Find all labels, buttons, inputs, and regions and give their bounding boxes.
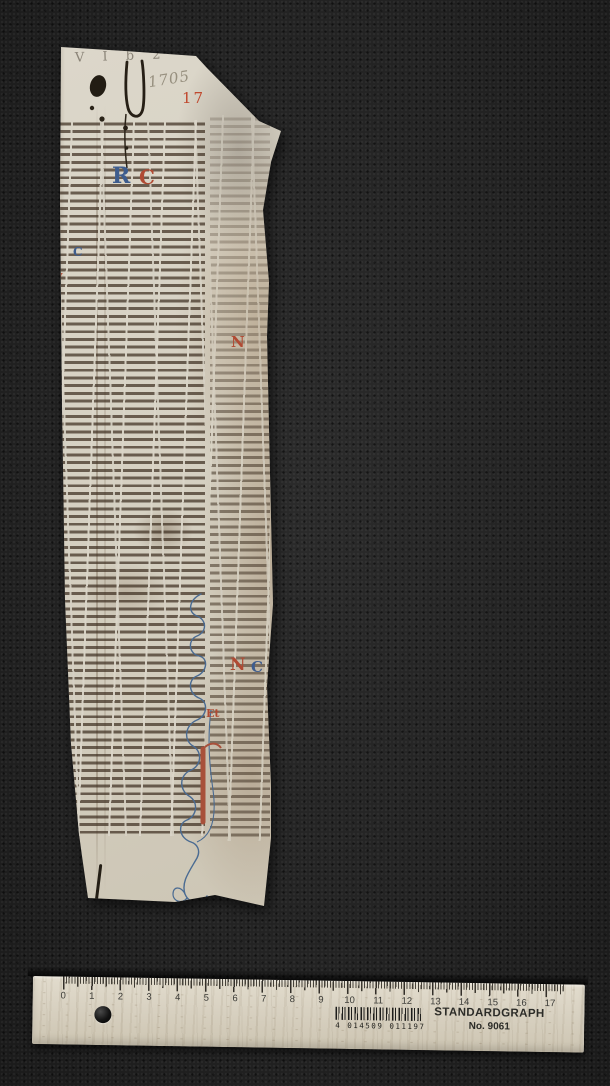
ruler-number: 4 [171,992,184,1003]
ink-mark [85,56,205,226]
ruler-number: 7 [257,994,270,1005]
ruler-number: 1 [85,991,98,1002]
parchment-surface: V I b 2 1705 17 R [55,44,290,914]
ruler-number: 3 [143,992,156,1003]
initial-blue-C-small: C [73,246,83,258]
ruler-number: 6 [228,993,241,1004]
brand-name: STANDARDGRAPH [430,1006,548,1020]
barcode-digits: 4 014509 011197 [335,1021,423,1031]
ruler: 0 1 2 3 4 5 6 7 8 9 10 11 12 13 14 15 16… [32,976,585,1053]
ruler-number: 9 [314,994,327,1005]
photo-canvas: V I b 2 1705 17 R [0,0,610,1086]
brand-model: No. 9061 [430,1020,548,1033]
ruler-branding: STANDARDGRAPH No. 9061 [430,1006,548,1033]
initial-blue-E-margin: E [55,664,63,675]
initial-red-V-margin: V [54,272,63,283]
ruler-number: 2 [114,991,127,1002]
ruler-number: 11 [372,995,385,1006]
ruler-number: 0 [57,990,70,1001]
penwork-flourish [167,590,227,920]
barcode: 4 014509 011197 [335,1007,423,1031]
initial-red-C: C [139,167,155,187]
barcode-bars [335,1007,423,1021]
initial-red-N-upper: N [231,335,245,350]
initial-red-N-lower: N [230,657,246,674]
ruler-number: 10 [343,995,356,1006]
initial-blue-C-edge: C [251,660,263,675]
ruler-number: 5 [200,993,213,1004]
ruler-number: 8 [286,994,299,1005]
initial-blue-R: R [112,165,130,187]
initial-red-Et: Et [206,708,219,719]
ruler-number: 12 [400,996,413,1007]
manuscript-fragment: V I b 2 1705 17 R [55,44,290,914]
ruler-hole [94,1006,111,1023]
